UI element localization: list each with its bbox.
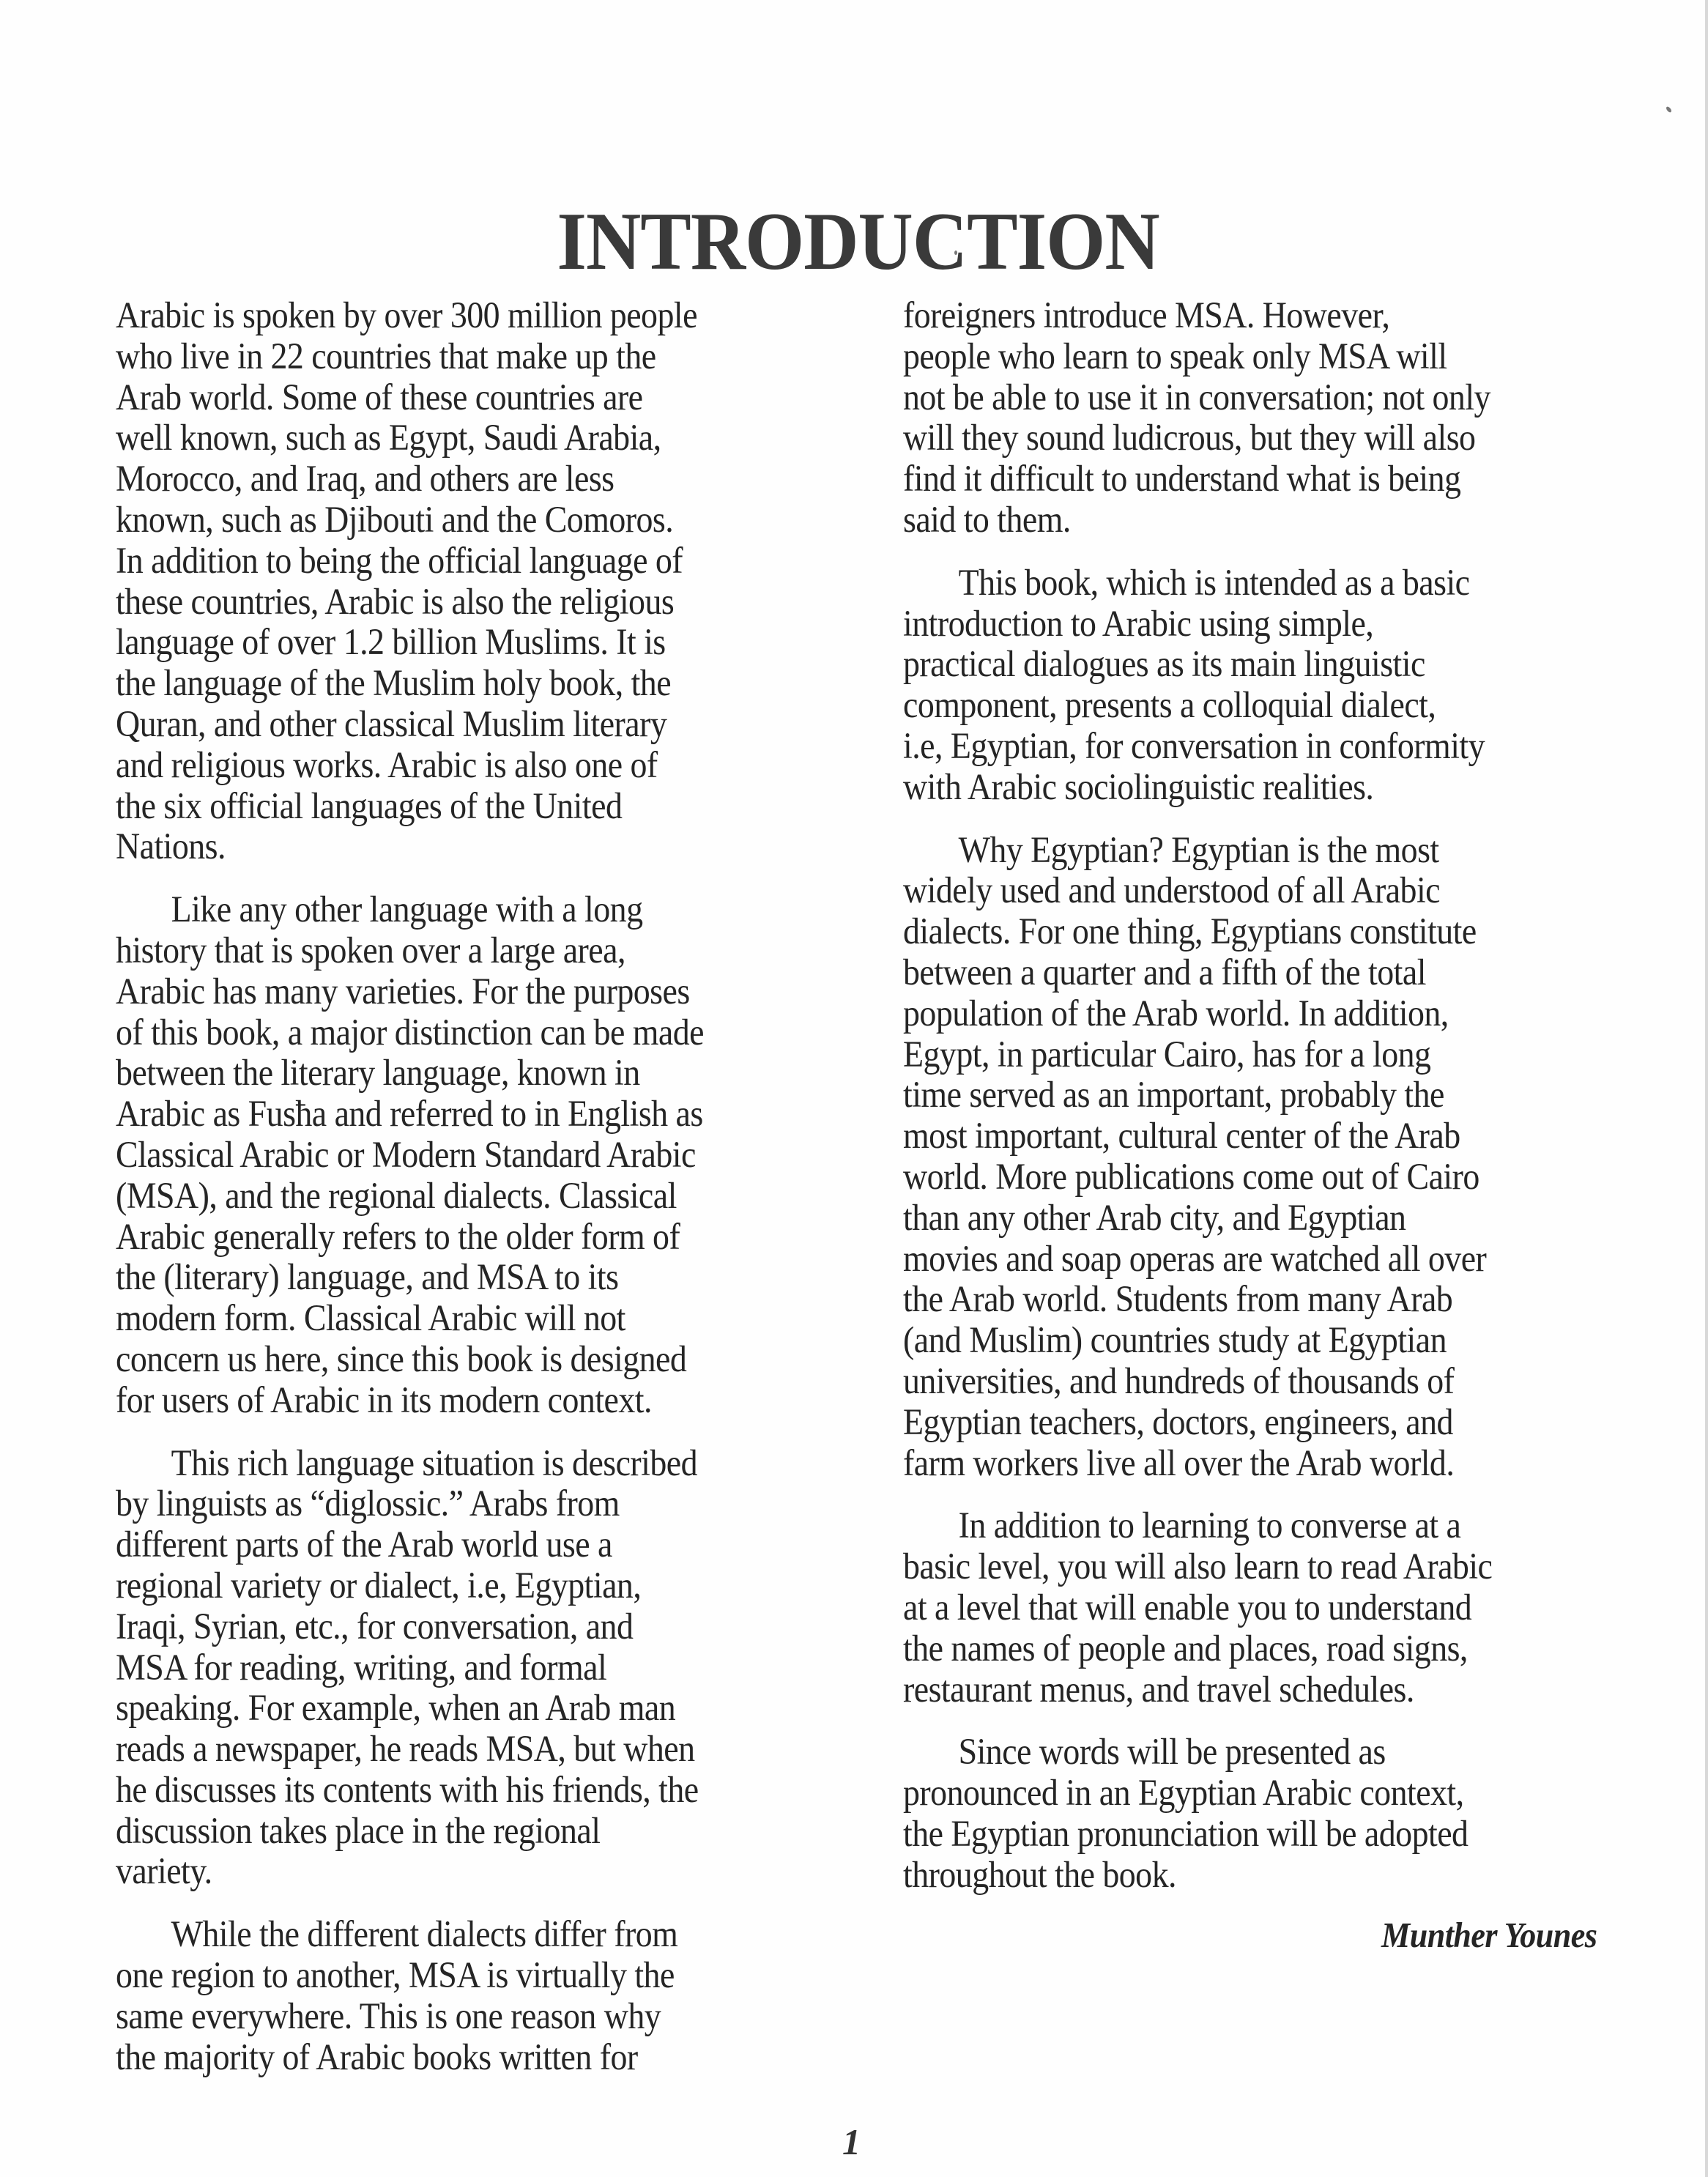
text-line: This book, which is intended as a basic xyxy=(903,563,1536,604)
text-line: introduction to Arabic using simple, xyxy=(903,604,1536,645)
text-line: the Arab world. Students from many Arab xyxy=(903,1280,1536,1321)
text-line: movies and soap operas are watched all o… xyxy=(903,1239,1536,1280)
text-line: basic level, you will also learn to read… xyxy=(903,1547,1536,1588)
text-line: of this book, a major distinction can be… xyxy=(116,1013,749,1054)
left-column: Arabic is spoken by over 300 million peo… xyxy=(116,296,819,2100)
text-line: throughout the book. xyxy=(903,1855,1536,1896)
paragraph: Like any other language with a longhisto… xyxy=(116,890,819,1421)
text-line: Arabic as Fusħa and referred to in Engli… xyxy=(116,1094,749,1135)
paragraph: In addition to learning to converse at a… xyxy=(903,1506,1606,1710)
text-line: In addition to learning to converse at a xyxy=(903,1506,1536,1547)
text-line: dialects. For one thing, Egyptians const… xyxy=(903,912,1536,953)
text-line: who live in 22 countries that make up th… xyxy=(116,337,749,378)
text-line: In addition to being the official langua… xyxy=(116,541,749,582)
text-line: will they sound ludicrous, but they will… xyxy=(903,418,1536,459)
page-title: INTRODUCTION xyxy=(64,194,1652,289)
text-line: the Egyptian pronunciation will be adopt… xyxy=(903,1814,1536,1855)
text-line: (MSA), and the regional dialects. Classi… xyxy=(116,1176,749,1217)
text-line: the majority of Arabic books written for xyxy=(116,2038,749,2079)
text-line: between a quarter and a fifth of the tot… xyxy=(903,953,1536,994)
text-line: said to them. xyxy=(903,500,1536,541)
text-line: Arabic is spoken by over 300 million peo… xyxy=(116,296,749,337)
author-signature: Munther Younes xyxy=(973,1915,1606,1956)
text-line: MSA for reading, writing, and formal xyxy=(116,1648,749,1689)
text-line: world. More publications come out of Cai… xyxy=(903,1157,1536,1198)
text-line: with Arabic sociolinguistic realities. xyxy=(903,768,1536,809)
text-line: Iraqi, Syrian, etc., for conversation, a… xyxy=(116,1607,749,1648)
text-line: Since words will be presented as xyxy=(903,1732,1536,1773)
page-number: 1 xyxy=(842,2121,861,2163)
text-line: Arab world. Some of these countries are xyxy=(116,378,749,419)
right-column-body: foreigners introduce MSA. However,people… xyxy=(903,296,1606,1896)
text-line: widely used and understood of all Arabic xyxy=(903,871,1536,912)
text-line: population of the Arab world. In additio… xyxy=(903,994,1536,1035)
text-line: discussion takes place in the regional xyxy=(116,1811,749,1853)
text-line: regional variety or dialect, i.e, Egypti… xyxy=(116,1566,749,1607)
text-line: foreigners introduce MSA. However, xyxy=(903,296,1536,337)
text-line: concern us here, since this book is desi… xyxy=(116,1340,749,1381)
paragraph: Arabic is spoken by over 300 million peo… xyxy=(116,296,819,868)
book-page: INTRODUCTION Arabic is spoken by over 30… xyxy=(0,0,1708,2177)
text-line: the names of people and places, road sig… xyxy=(903,1629,1536,1670)
text-line: modern form. Classical Arabic will not xyxy=(116,1299,749,1340)
text-line: same everywhere. This is one reason why xyxy=(116,1997,749,2038)
text-line: language of over 1.2 billion Muslims. It… xyxy=(116,623,749,664)
text-line: most important, cultural center of the A… xyxy=(903,1116,1536,1157)
text-line: pronounced in an Egyptian Arabic context… xyxy=(903,1773,1536,1814)
paragraph: This rich language situation is describe… xyxy=(116,1444,819,1894)
text-line: Classical Arabic or Modern Standard Arab… xyxy=(116,1135,749,1176)
text-line: the (literary) language, and MSA to its xyxy=(116,1258,749,1299)
text-line: he discusses its contents with his frien… xyxy=(116,1770,749,1811)
paragraph: This book, which is intended as a basici… xyxy=(903,563,1606,809)
scan-speck xyxy=(1666,105,1673,113)
text-line: component, presents a colloquial dialect… xyxy=(903,686,1536,727)
text-line: i.e, Egyptian, for conversation in confo… xyxy=(903,727,1536,768)
text-line: universities, and hundreds of thousands … xyxy=(903,1362,1536,1403)
text-line: one region to another, MSA is virtually … xyxy=(116,1956,749,1997)
text-line: find it difficult to understand what is … xyxy=(903,459,1536,500)
text-line: Why Egyptian? Egyptian is the most xyxy=(903,831,1536,872)
text-line: at a level that will enable you to under… xyxy=(903,1588,1536,1629)
text-line: than any other Arab city, and Egyptian xyxy=(903,1198,1536,1239)
text-line: well known, such as Egypt, Saudi Arabia, xyxy=(116,418,749,459)
text-line: Egypt, in particular Cairo, has for a lo… xyxy=(903,1035,1536,1076)
text-line: Arabic has many varieties. For the purpo… xyxy=(116,972,749,1013)
text-line: known, such as Djibouti and the Comoros. xyxy=(116,500,749,541)
text-line: speaking. For example, when an Arab man xyxy=(116,1688,749,1729)
text-line: Quran, and other classical Muslim litera… xyxy=(116,705,749,746)
text-line: restaurant menus, and travel schedules. xyxy=(903,1670,1536,1711)
text-line: these countries, Arabic is also the reli… xyxy=(116,582,749,623)
right-column: foreigners introduce MSA. However,people… xyxy=(903,296,1606,1956)
text-line: and religious works. Arabic is also one … xyxy=(116,746,749,787)
text-line: the six official languages of the United xyxy=(116,787,749,828)
text-line: Nations. xyxy=(116,827,749,868)
page-edge-shadow xyxy=(1705,0,1708,2177)
text-line: Arabic generally refers to the older for… xyxy=(116,1217,749,1258)
text-line: between the literary language, known in xyxy=(116,1053,749,1094)
text-line: the language of the Muslim holy book, th… xyxy=(116,664,749,705)
text-line: variety. xyxy=(116,1852,749,1893)
text-line: practical dialogues as its main linguist… xyxy=(903,645,1536,686)
text-line: reads a newspaper, he reads MSA, but whe… xyxy=(116,1729,749,1770)
text-line: (and Muslim) countries study at Egyptian xyxy=(903,1321,1536,1362)
text-line: not be able to use it in conversation; n… xyxy=(903,378,1536,419)
text-line: Morocco, and Iraq, and others are less xyxy=(116,459,749,500)
text-line: people who learn to speak only MSA will xyxy=(903,337,1536,378)
paragraph: foreigners introduce MSA. However,people… xyxy=(903,296,1606,541)
text-line: While the different dialects differ from xyxy=(116,1915,749,1956)
text-line: farm workers live all over the Arab worl… xyxy=(903,1444,1536,1485)
text-line: time served as an important, probably th… xyxy=(903,1075,1536,1116)
text-line: Egyptian teachers, doctors, engineers, a… xyxy=(903,1403,1536,1444)
text-line: Like any other language with a long xyxy=(116,890,749,931)
text-line: by linguists as “diglossic.” Arabs from xyxy=(116,1484,749,1525)
text-line: history that is spoken over a large area… xyxy=(116,931,749,972)
paragraph: While the different dialects differ from… xyxy=(116,1915,819,2078)
text-line: This rich language situation is describe… xyxy=(116,1444,749,1485)
paragraph: Why Egyptian? Egyptian is the mostwidely… xyxy=(903,831,1606,1485)
text-line: for users of Arabic in its modern contex… xyxy=(116,1381,749,1422)
text-line: different parts of the Arab world use a xyxy=(116,1525,749,1566)
paragraph: Since words will be presented aspronounc… xyxy=(903,1732,1606,1896)
